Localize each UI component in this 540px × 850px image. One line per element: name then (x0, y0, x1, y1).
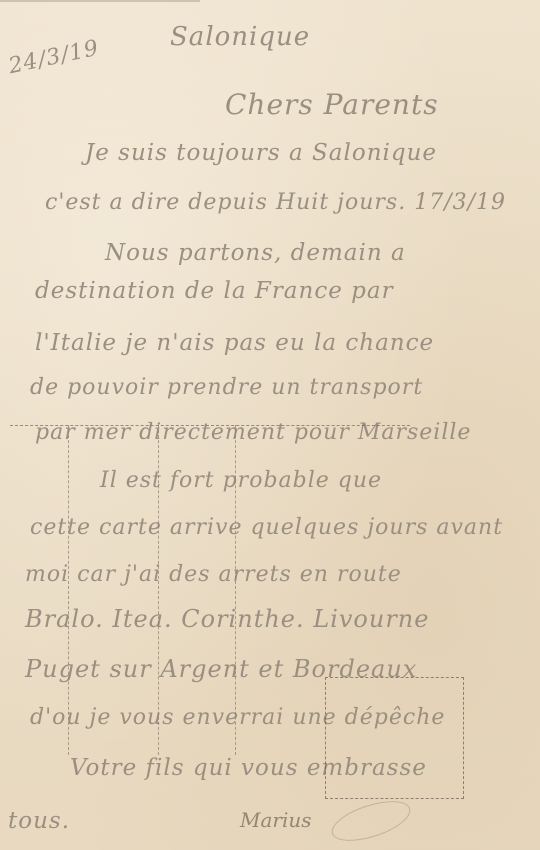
text-line: destination de la France par (35, 278, 394, 304)
printed-column-line (158, 425, 159, 755)
text-line: Bralo. Itea. Corinthe. Livourne (25, 605, 429, 633)
signature-flourish (327, 793, 415, 849)
text-line: par mer directement pour Marseille (35, 420, 471, 445)
printed-divider-line (10, 425, 410, 426)
text-line: l'Italie je n'ais pas eu la chance (35, 330, 434, 356)
place: Salonique (170, 22, 310, 52)
text-line: Il est fort probable que (100, 468, 382, 493)
salutation: Chers Parents (225, 88, 439, 121)
text-line: Nous partons, demain a (105, 240, 406, 266)
text-line: moi car j'ai des arrets en route (25, 562, 402, 587)
postcard-back: 24/3/19 Salonique Chers Parents Je suis … (0, 0, 540, 850)
text-line: de pouvoir prendre un transport (30, 375, 423, 400)
text-line: Je suis toujours a Salonique (85, 140, 437, 166)
text-line: tous. (8, 808, 70, 834)
stamp-box (325, 677, 464, 799)
printed-column-line (68, 425, 69, 755)
text-line: c'est a dire depuis Huit jours. 17/3/19 (45, 190, 506, 215)
text-line: cette carte arrive quelques jours avant (30, 515, 503, 540)
printed-column-line (235, 425, 236, 755)
paper-edge (0, 0, 200, 2)
date: 24/3/19 (6, 36, 101, 80)
signature: Marius (240, 808, 312, 832)
